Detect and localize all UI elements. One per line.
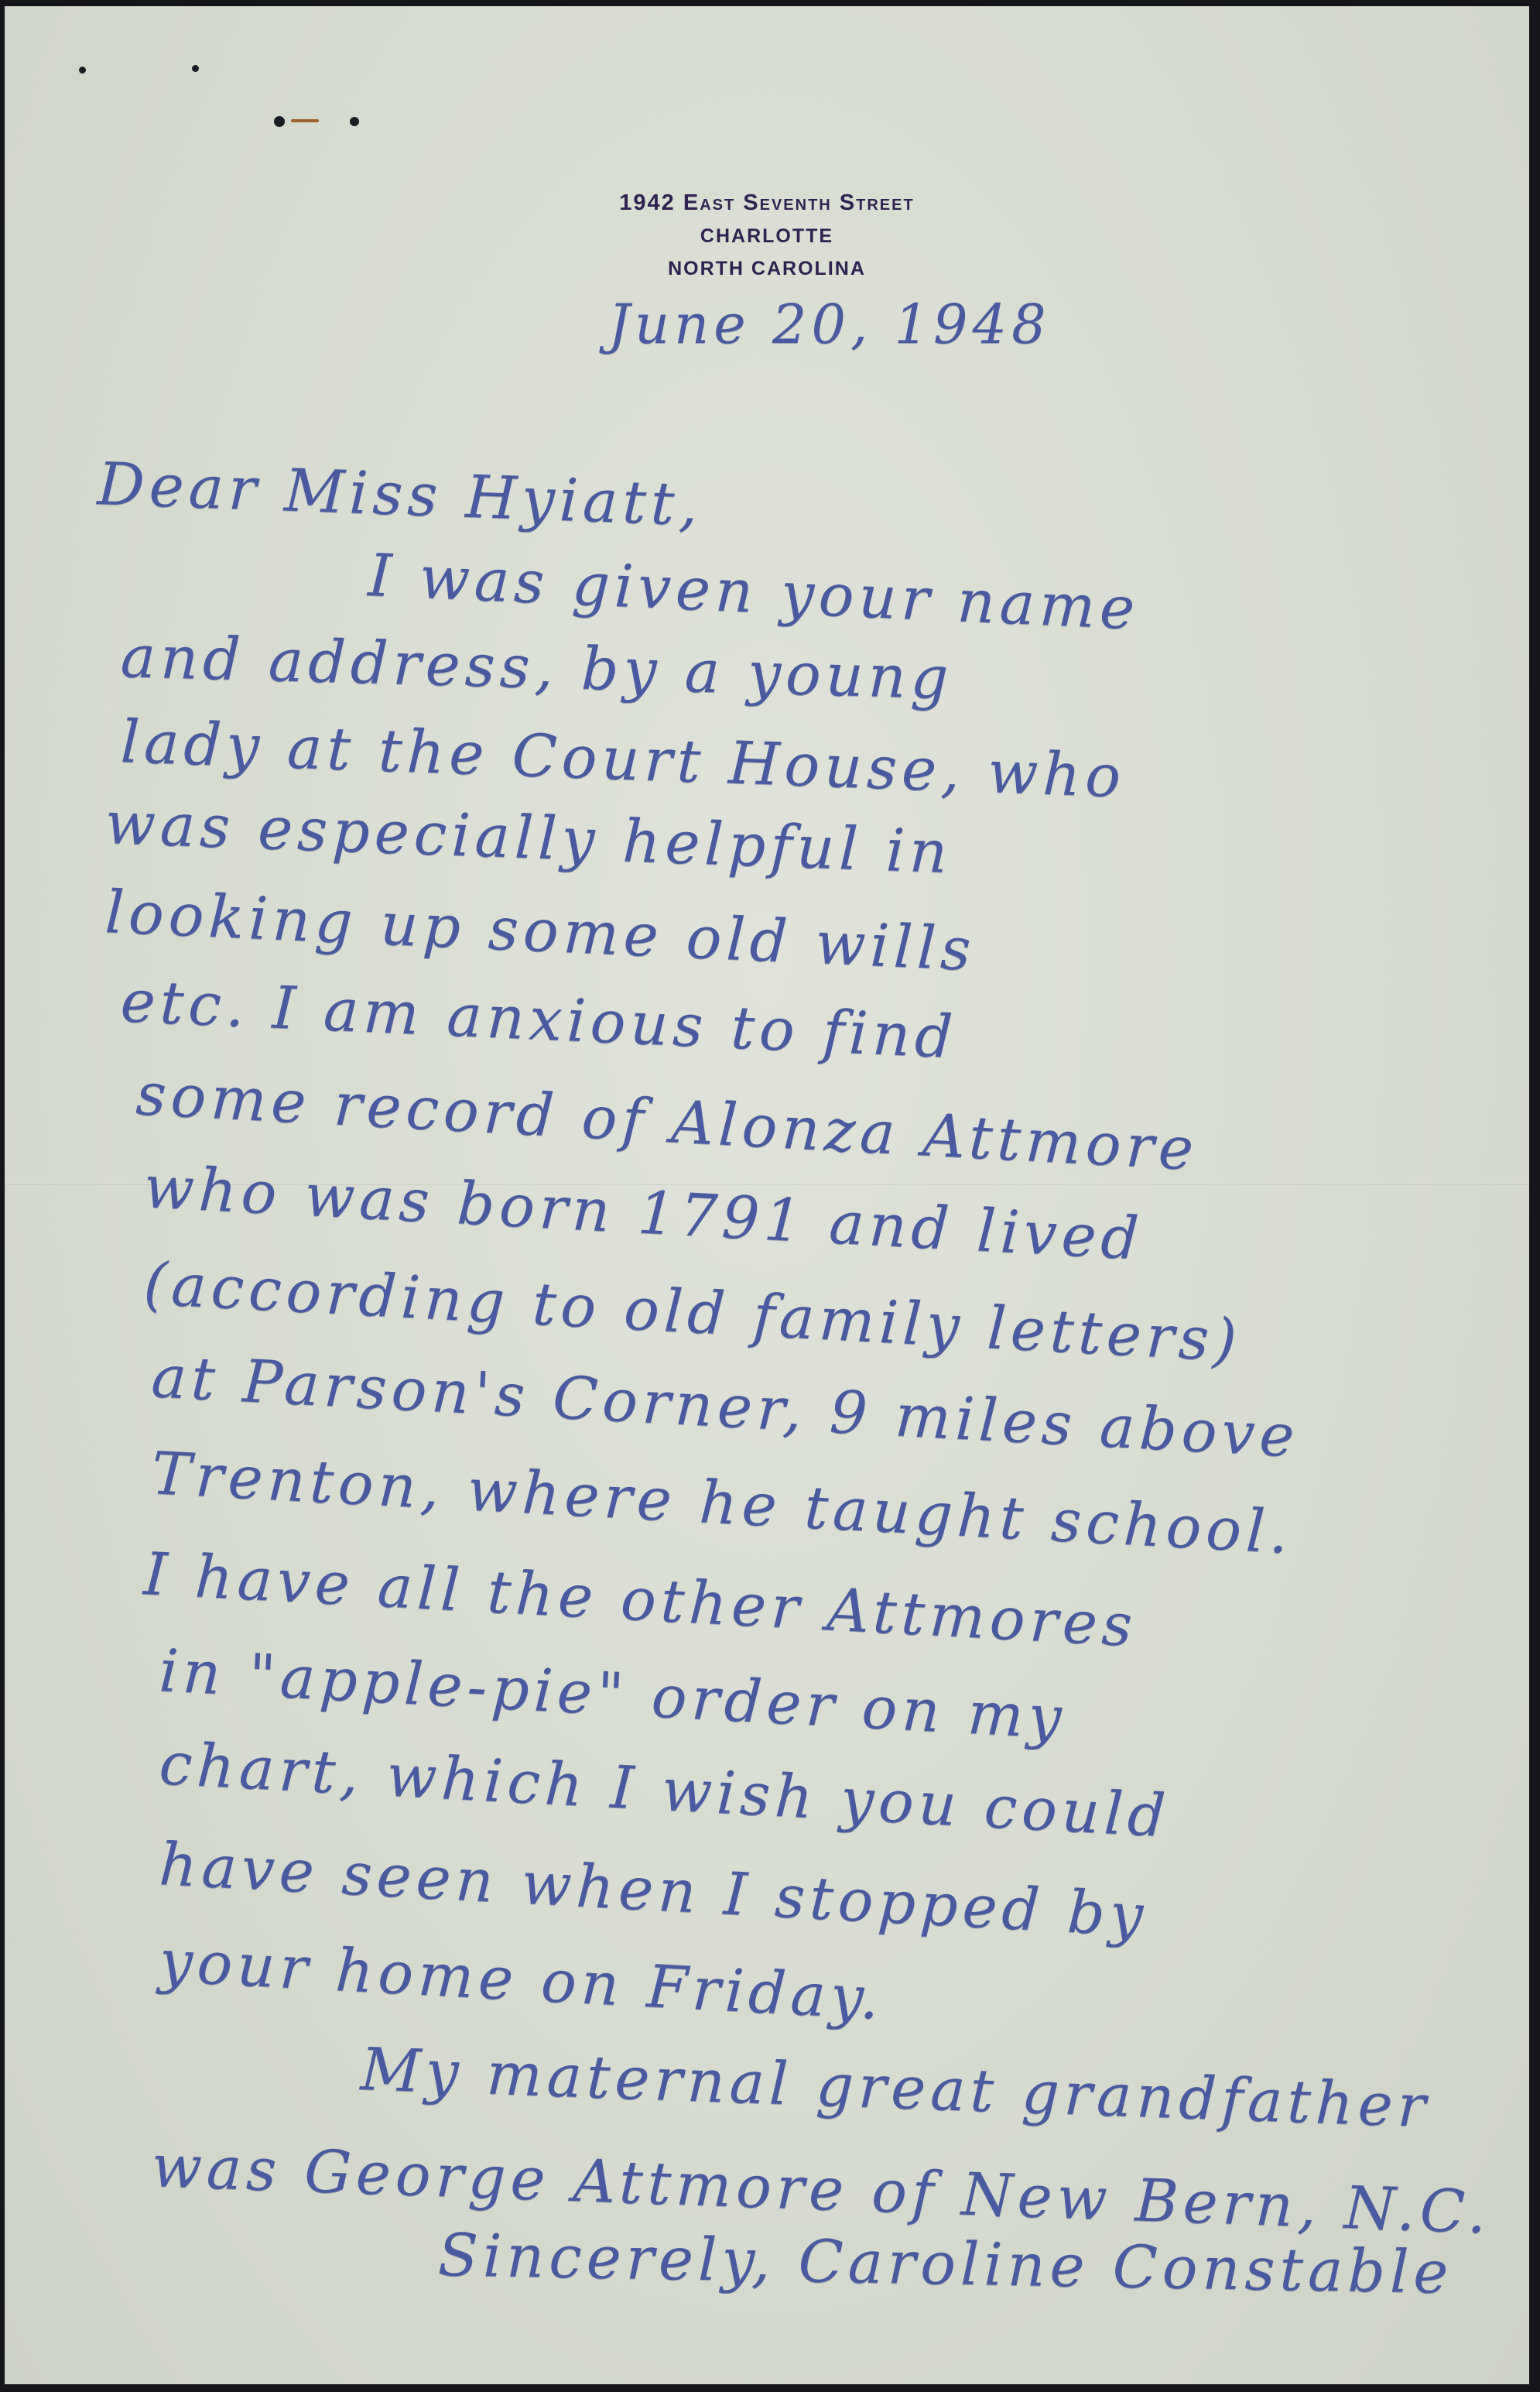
body-line: My maternal great grandfather [359, 2034, 1431, 2140]
body-line: your home on Friday. [158, 1926, 886, 2033]
body-line: in "apple-pie" order on my [158, 1636, 1068, 1752]
letterhead-city: CHARLOTTE [5, 225, 1529, 248]
letter-page: 1942 East Seventh Street CHARLOTTE NORTH… [5, 6, 1529, 2384]
staple-hole [350, 117, 359, 126]
letter-date: June 20, 1948 [608, 293, 1051, 356]
salutation: Dear Miss Hyiatt, [96, 449, 703, 539]
paper-speck [192, 65, 199, 72]
body-line: was especially helpful in [104, 788, 953, 886]
letterhead-street: 1942 East Seventh Street [5, 190, 1529, 216]
letterhead-state: NORTH CAROLINA [5, 258, 1529, 280]
paper-speck [79, 67, 86, 74]
rust-mark [291, 119, 319, 122]
body-line: and address, by a young [120, 622, 954, 712]
body-line: looking up some old wills [104, 877, 977, 984]
staple-hole [274, 116, 285, 127]
body-line: have seen when I stopped by [158, 1829, 1150, 1950]
body-line: I have all the other Attmores [142, 1539, 1139, 1660]
body-line: I was given your name [367, 540, 1141, 643]
body-line: etc. I am anxious to find [119, 966, 959, 1071]
